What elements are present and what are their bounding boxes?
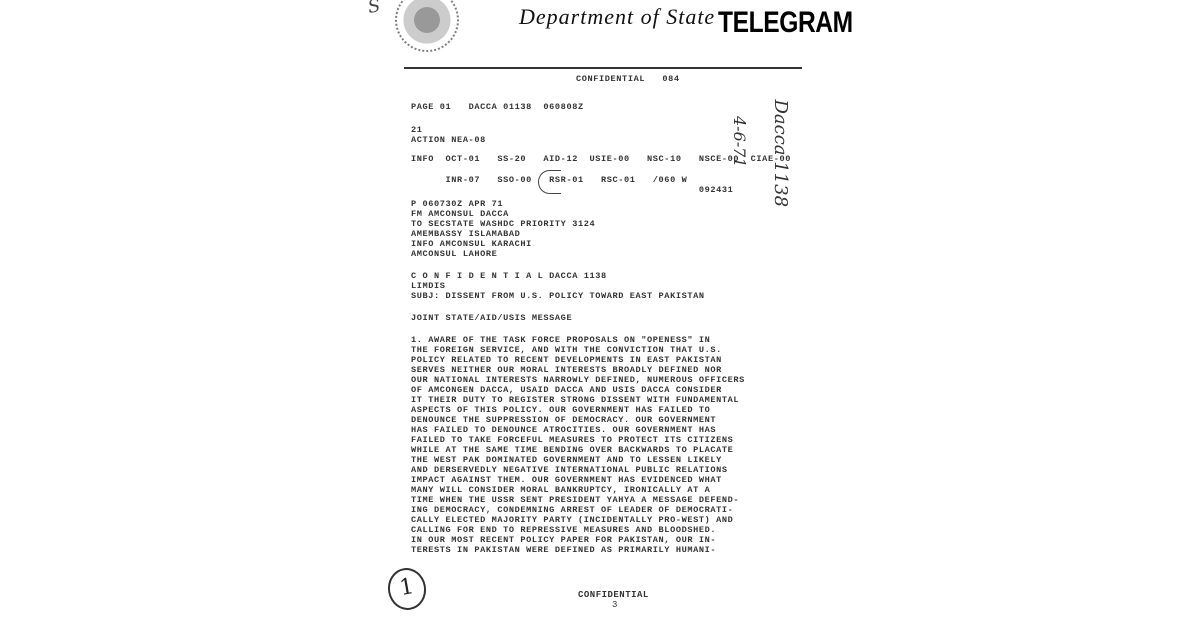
margin-handwriting: Dacca 1138 4-6-71 — [709, 88, 812, 207]
telegram-line: SUBJ: DISSENT FROM U.S. POLICY TOWARD EA… — [411, 292, 705, 302]
page-number-circle: 1 — [385, 565, 430, 613]
handwritten-circle-mark — [538, 170, 561, 194]
margin-date: 4-6-71 — [730, 116, 749, 207]
classification-top: CONFIDENTIAL 084 — [576, 75, 680, 85]
telegram-body: CONFIDENTIAL 084 PAGE 01 DACCA 01138 060… — [411, 0, 423, 29]
telegram-title: TELEGRAM — [718, 6, 853, 40]
telegram-line: JOINT STATE/AID/USIS MESSAGE — [411, 314, 572, 324]
bottom-mark: 3 — [612, 600, 617, 610]
state-department-seal — [395, 0, 459, 52]
page-line: PAGE 01 DACCA 01138 060808Z — [411, 103, 584, 113]
margin-note: Dacca 1138 — [770, 99, 791, 207]
classification-bottom: CONFIDENTIAL — [578, 590, 649, 600]
header-rule — [404, 67, 802, 69]
handwritten-initials: S — [366, 0, 382, 18]
telegram-line: AMCONSUL LAHORE — [411, 250, 497, 260]
telegram-line: 092431 — [411, 186, 733, 196]
telegram-line: ACTION NEA-08 — [411, 136, 486, 146]
department-title: Department of State — [519, 4, 715, 30]
telegram-line: TERESTS IN PAKISTAN WERE DEFINED AS PRIM… — [411, 546, 716, 556]
